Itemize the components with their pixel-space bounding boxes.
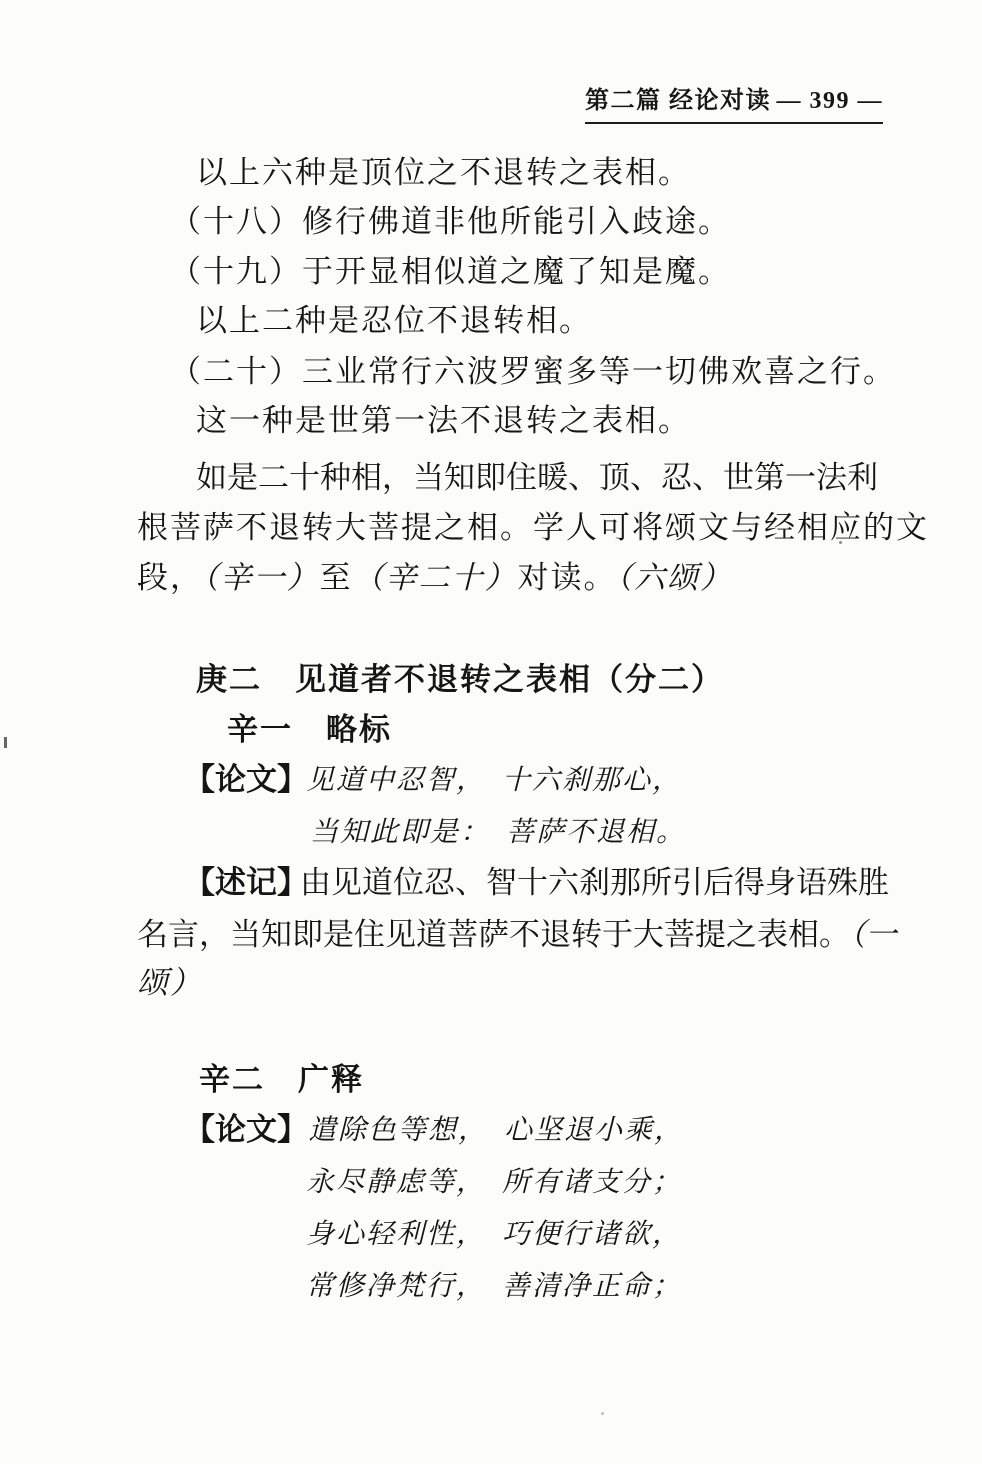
verse-count-note: （一 xyxy=(850,917,897,952)
verse-line: 常修净梵行， 善清净正命； xyxy=(306,1273,682,1301)
paragraph-line: 根菩萨不退转大菩提之相。学人可将颂文与经相应的文 xyxy=(137,512,929,543)
verse-line: 永尽静虑等， 所有诸支分； xyxy=(306,1169,682,1197)
verse-line: 当知此即是： 菩萨不退相。 xyxy=(310,819,686,847)
page-number: — 399 — xyxy=(777,88,884,115)
verse-line: 见道中忍智， 十六刹那心， xyxy=(306,767,682,795)
scan-artifact xyxy=(4,737,7,748)
lunwen-label: 【论文】 xyxy=(184,1114,308,1145)
lunwen-label: 【论文】 xyxy=(184,764,308,795)
commentary-line: 由见道位忍、智十六刹那所引后得身语殊胜 xyxy=(300,867,889,898)
body-line: （二十）三业常行六波罗蜜多等一切佛欢喜之行。 xyxy=(170,356,896,387)
verse-count-note: 颂） xyxy=(137,967,203,998)
verse-count-note: （六颂） xyxy=(617,560,734,595)
body-line: （十九）于开显相似道之魔了知是魔。 xyxy=(170,256,731,287)
paragraph-line: 如是二十种相，当知即住暖、顶、忍、世第一法利 xyxy=(196,462,878,493)
verse-line: 遣除色等想， 心坚退小乘， xyxy=(308,1117,684,1145)
body-line: 以上二种是忍位不退转相。 xyxy=(196,305,592,336)
book-page: 第二篇 经论对读 — 399 — 以上六种是顶位之不退转之表相。 （十八）修行佛… xyxy=(0,0,982,1464)
body-line: 这一种是世第一法不退转之表相。 xyxy=(196,405,691,436)
paragraph-text: 对读。 xyxy=(518,560,617,595)
commentary-line: 名言，当知即是住见道菩萨不退转于大菩提之表相。（一 xyxy=(137,919,897,950)
section-heading-geng2: 庚二 见道者不退转之表相（分二） xyxy=(196,664,724,695)
verse-ref: （辛一） xyxy=(203,560,320,595)
paragraph-line: 段，（辛一）至（辛二十）对读。（六颂） xyxy=(137,562,733,593)
section-title: 第二篇 经论对读 xyxy=(585,80,771,115)
scan-speck xyxy=(601,1412,604,1415)
body-line: 以上六种是顶位之不退转之表相。 xyxy=(196,157,691,188)
page-header: 第二篇 经论对读 — 399 — xyxy=(585,80,883,124)
commentary-text: 名言，当知即是住见道菩萨不退转于大菩提之表相。 xyxy=(137,917,850,952)
subsection-heading-xin1: 辛一 略标 xyxy=(227,714,392,745)
paragraph-text: 段， xyxy=(137,560,203,595)
body-line: （十八）修行佛道非他所能引入歧途。 xyxy=(170,206,731,237)
verse-ref: （辛二十） xyxy=(353,560,518,595)
subsection-heading-xin2: 辛二 广释 xyxy=(199,1064,364,1095)
paragraph-text: 至 xyxy=(320,560,353,595)
verse-line: 身心轻利性， 巧便行诸欲， xyxy=(306,1221,682,1249)
scan-speck xyxy=(839,541,842,544)
shuji-label: 【述记】 xyxy=(184,867,308,898)
